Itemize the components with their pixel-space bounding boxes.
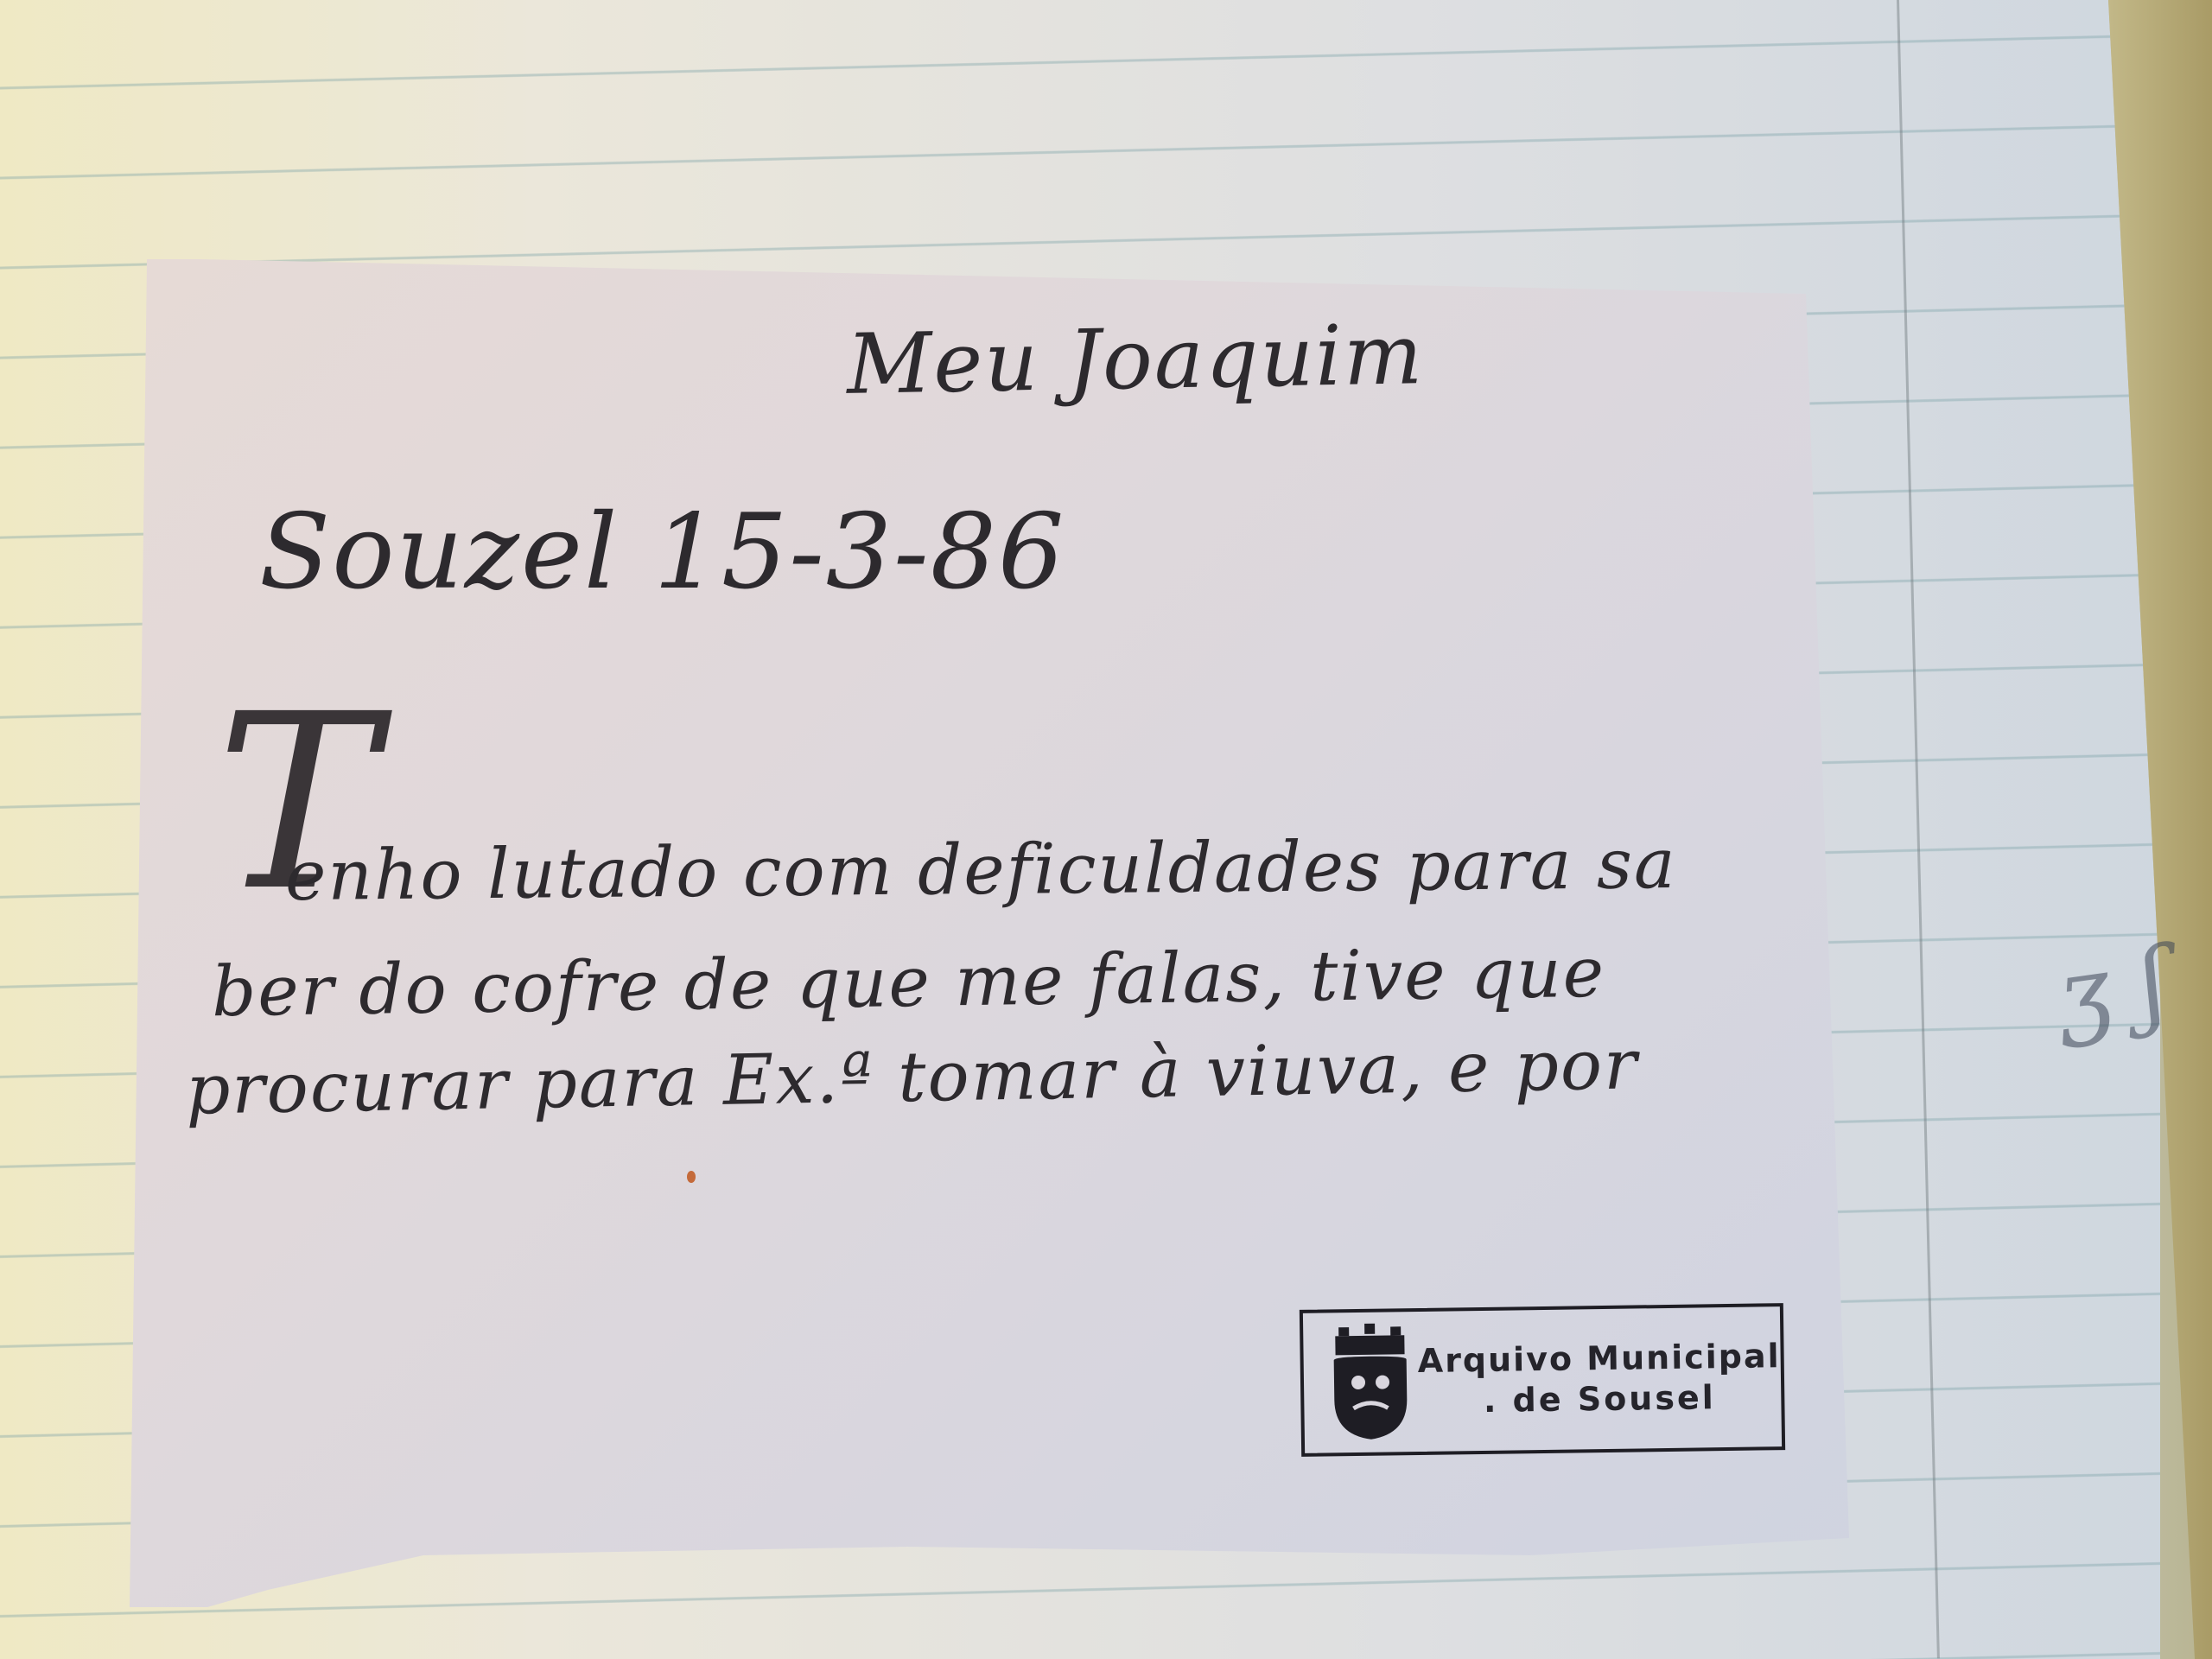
stamp-line-municipality: . de Sousel bbox=[1418, 1376, 1782, 1422]
archive-stamp: Arquivo Municipal . de Sousel bbox=[1300, 1303, 1785, 1457]
letter-salutation: Meu Joaquim bbox=[846, 306, 1425, 413]
ink-spot bbox=[687, 1171, 696, 1183]
photo-scene: Ses. caza Lisboa Maria Lourenço Albano ʒ… bbox=[0, 0, 2212, 1659]
crowned-coat-of-arms-icon bbox=[1322, 1317, 1419, 1448]
stamp-line-archive: Arquivo Municipal bbox=[1417, 1336, 1781, 1382]
letter-body-line: enho lutado com deficuldades para sa bbox=[285, 823, 1677, 916]
pencil-margin-mark: ʒ ʃ bbox=[2050, 926, 2174, 1051]
stamp-text: Arquivo Municipal . de Sousel bbox=[1417, 1336, 1781, 1423]
letter-place-date: Souzel 15-3-86 bbox=[259, 493, 1065, 613]
